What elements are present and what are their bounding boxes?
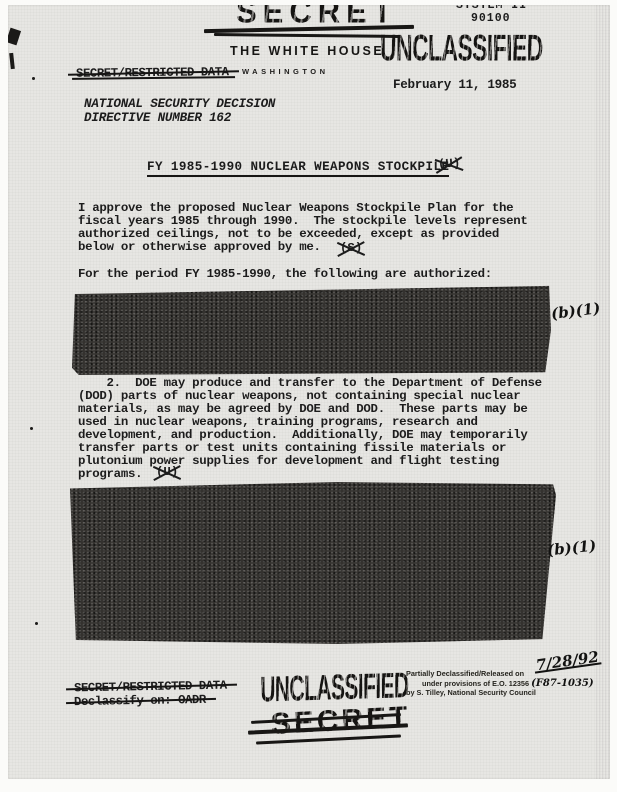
release-stamp-line3: by S. Tilley, National Security Council (406, 688, 606, 698)
scan-artifact (30, 427, 33, 430)
para1-classification-marking: (S) (340, 241, 362, 255)
classification-top-left: SECRET/RESTRICTED DATA (76, 65, 229, 81)
unclassified-stamp-top: UNCLASSIFIED (380, 27, 543, 70)
paragraph-approval: I approve the proposed Nuclear Weapons S… (78, 202, 528, 254)
scan-artifact (8, 28, 21, 46)
scan-artifact (9, 53, 15, 69)
para2-classification-marking: (U) (156, 465, 178, 479)
classification-bottom-line2: Declassify on: OADR (74, 693, 206, 709)
paragraph-doe-transfer: 2. DOE may produce and transfer to the D… (78, 377, 542, 481)
release-date-handwritten: 7/28/92 (534, 652, 602, 673)
letterhead-title: THE WHITE HOUSE (230, 44, 384, 58)
document-date: February 11, 1985 (393, 78, 516, 92)
document-page: SECRET SYSTEM II 90100 UNCLASSIFIED THE … (8, 5, 610, 779)
nsdd-heading-line2: DIRECTIVE NUMBER 162 (84, 111, 275, 125)
paragraph-lead: For the period FY 1985-1990, the followi… (78, 268, 492, 281)
release-stamp-line2: under provisions of E.O. 12356 (422, 679, 529, 688)
release-case-number-handwritten: (F87-1035) (531, 678, 593, 689)
document-scan: SECRET SYSTEM II 90100 UNCLASSIFIED THE … (0, 0, 617, 792)
scan-artifact (32, 77, 35, 80)
scan-artifact (35, 622, 38, 625)
letterhead-city: WASHINGTON (242, 67, 329, 76)
release-stamp-line1: Partially Declassified/Released on (406, 669, 524, 678)
redaction-exemption-1: (b)(1) (550, 299, 601, 323)
nsdd-heading-line1: NATIONAL SECURITY DECISION (84, 97, 275, 111)
release-stamp: Partially Declassified/Released on 7/28/… (406, 669, 606, 698)
document-title: FY 1985-1990 NUCLEAR WEAPONS STOCKPILE (147, 160, 449, 177)
strike-bar (214, 33, 399, 38)
redaction-block-2 (70, 482, 556, 644)
redaction-exemption-2: (b)(1) (546, 536, 597, 559)
redaction-block-1 (72, 285, 551, 375)
release-stamp-line2-wrap: under provisions of E.O. 12356 (F87-1035… (406, 679, 606, 689)
system-number: 90100 (471, 12, 511, 25)
system-label: SYSTEM II (456, 5, 527, 12)
title-classification-marking: (U) (438, 156, 461, 172)
release-stamp-line1-wrap: Partially Declassified/Released on 7/28/… (406, 669, 606, 679)
